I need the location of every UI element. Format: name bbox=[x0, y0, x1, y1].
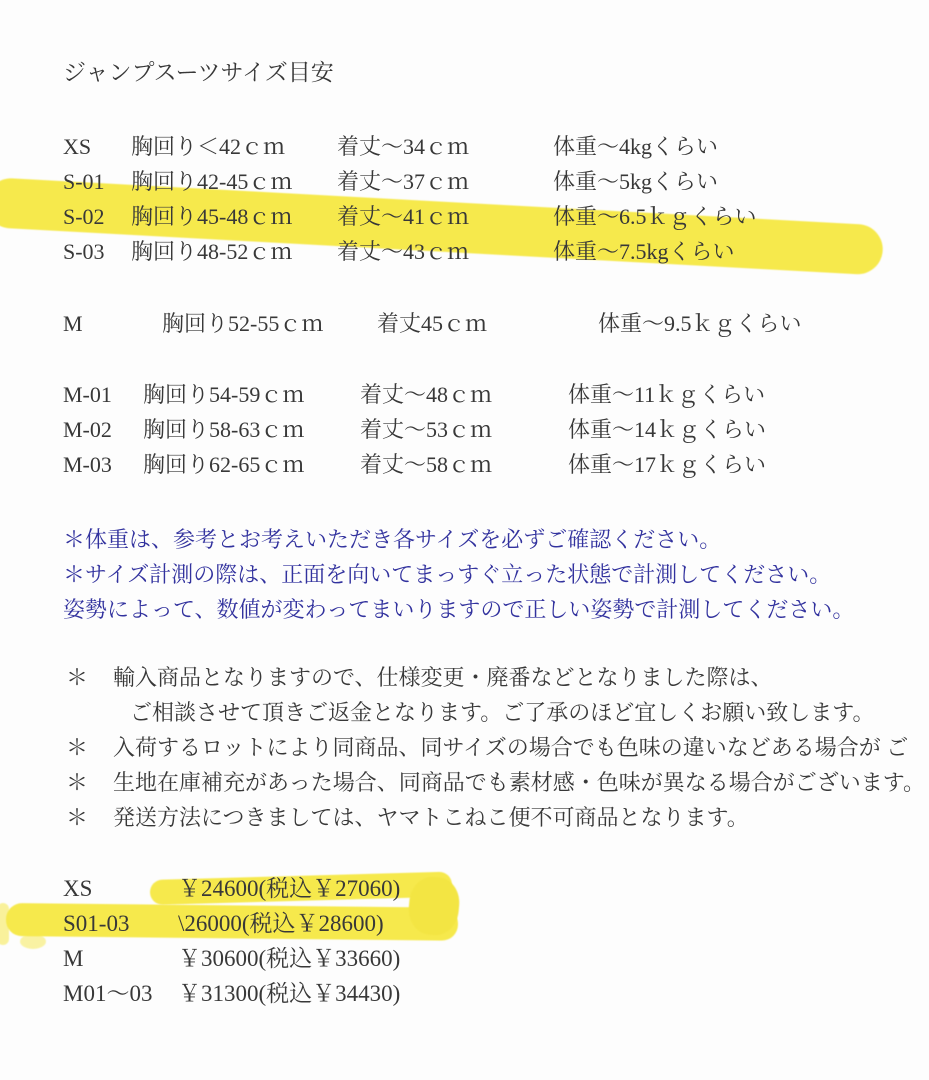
size-row-xs: XS 胸回り＜42ｃｍ 着丈～34ｃｍ 体重～4kgくらい bbox=[63, 129, 757, 164]
size-row-m02: M-02 胸回り58-63ｃｍ 着丈～53ｃｍ 体重～14ｋｇくらい bbox=[63, 412, 766, 447]
weight-value: 体重～6.5ｋｇくらい bbox=[553, 199, 757, 234]
disclaimer-line: ＊ 発送方法につきましては、ヤマトこねこ便不可商品となります。 bbox=[63, 800, 925, 835]
size-label: M-02 bbox=[63, 412, 143, 447]
price-size-label: S01-03 bbox=[63, 906, 178, 941]
weight-value: 体重～14ｋｇくらい bbox=[568, 412, 766, 447]
disclaimer-text: 生地在庫補充があった場合、同商品でも素材感・色味が異なる場合がございます。 bbox=[113, 765, 925, 800]
size-table-m: M-01 胸回り54-59ｃｍ 着丈～48ｃｍ 体重～11ｋｇくらい M-02 … bbox=[63, 377, 766, 482]
chest-value: 胸回り54-59ｃｍ bbox=[143, 377, 360, 412]
price-row-xs: XS ￥24600(税込￥27060) bbox=[63, 871, 400, 906]
length-value: 着丈～41ｃｍ bbox=[337, 199, 553, 234]
price-value: \26000(税込￥28600) bbox=[178, 906, 400, 941]
size-label: S-02 bbox=[63, 199, 131, 234]
blue-note-line: ＊サイズ計測の際は、正面を向いてまっすぐ立った状態で計測してください。 bbox=[63, 557, 854, 592]
weight-value: 体重～17ｋｇくらい bbox=[568, 447, 766, 482]
size-row-s02: S-02 胸回り45-48ｃｍ 着丈～41ｃｍ 体重～6.5ｋｇくらい bbox=[63, 199, 757, 234]
length-value: 着丈～37ｃｍ bbox=[337, 164, 553, 199]
size-label: XS bbox=[63, 129, 131, 164]
price-value: ￥30600(税込￥33660) bbox=[178, 941, 400, 976]
disclaimer-text: 輸入商品となりますので、仕様変更・廃番などとなりました際は、 bbox=[113, 660, 773, 695]
price-row-m01-03: M01～03 ￥31300(税込￥34430) bbox=[63, 976, 400, 1011]
size-row-s01: S-01 胸回り42-45ｃｍ 着丈～37ｃｍ 体重～5kgくらい bbox=[63, 164, 757, 199]
chest-value: 胸回り62-65ｃｍ bbox=[143, 447, 360, 482]
chest-value: 胸回り＜42ｃｍ bbox=[131, 129, 337, 164]
disclaimer-line: ＊ 生地在庫補充があった場合、同商品でも素材感・色味が異なる場合がございます。 bbox=[63, 765, 925, 800]
length-value: 着丈～34ｃｍ bbox=[337, 129, 553, 164]
weight-value: 体重～5kgくらい bbox=[553, 164, 757, 199]
disclaimer-text: ご相談させて頂きご返金となります。ご了承のほど宜しくお願い致します。 bbox=[63, 695, 874, 730]
disclaimer-text: 入荷するロットにより同商品、同サイズの場合でも色味の違いなどある場合が ご bbox=[113, 730, 908, 765]
size-label: S-01 bbox=[63, 164, 131, 199]
length-value: 着丈～58ｃｍ bbox=[360, 447, 568, 482]
size-label: M-01 bbox=[63, 377, 143, 412]
price-row-m: M ￥30600(税込￥33660) bbox=[63, 941, 400, 976]
blue-note-line: 姿勢によって、数値が変わってまいりますので正しい姿勢で計測してください。 bbox=[63, 592, 854, 627]
document-content: ジャンプスーツサイズ目安 XS 胸回り＜42ｃｍ 着丈～34ｃｍ 体重～4kgく… bbox=[0, 0, 929, 1080]
weight-value: 体重～11ｋｇくらい bbox=[568, 377, 766, 412]
price-size-label: XS bbox=[63, 871, 178, 906]
disclaimer-line: ＊ 入荷するロットにより同商品、同サイズの場合でも色味の違いなどある場合が ご bbox=[63, 730, 925, 765]
price-row-s01-03: S01-03 \26000(税込￥28600) bbox=[63, 906, 400, 941]
price-value: ￥31300(税込￥34430) bbox=[178, 976, 400, 1011]
disclaimer-line: ＊ 輸入商品となりますので、仕様変更・廃番などとなりました際は、 bbox=[63, 660, 925, 695]
length-value: 着丈～43ｃｍ bbox=[337, 234, 553, 269]
asterisk-marker: ＊ bbox=[63, 800, 113, 835]
length-value: 着丈45ｃｍ bbox=[377, 306, 598, 341]
asterisk-marker: ＊ bbox=[63, 660, 113, 695]
chest-value: 胸回り42-45ｃｍ bbox=[131, 164, 337, 199]
chest-value: 胸回り52-55ｃｍ bbox=[162, 306, 377, 341]
size-row-s03: S-03 胸回り48-52ｃｍ 着丈～43ｃｍ 体重～7.5kgくらい bbox=[63, 234, 757, 269]
size-table-s: XS 胸回り＜42ｃｍ 着丈～34ｃｍ 体重～4kgくらい S-01 胸回り42… bbox=[63, 129, 757, 269]
price-size-label: M bbox=[63, 941, 178, 976]
size-row-m03: M-03 胸回り62-65ｃｍ 着丈～58ｃｍ 体重～17ｋｇくらい bbox=[63, 447, 766, 482]
disclaimer-notes: ＊ 輸入商品となりますので、仕様変更・廃番などとなりました際は、 ご相談させて頂… bbox=[63, 660, 925, 835]
price-value: ￥24600(税込￥27060) bbox=[178, 871, 400, 906]
weight-value: 体重～4kgくらい bbox=[553, 129, 757, 164]
page-title: ジャンプスーツサイズ目安 bbox=[63, 55, 334, 90]
size-table-m-single: M 胸回り52-55ｃｍ 着丈45ｃｍ 体重～9.5ｋｇくらい bbox=[63, 306, 802, 341]
weight-value: 体重～9.5ｋｇくらい bbox=[598, 306, 802, 341]
disclaimer-line: ご相談させて頂きご返金となります。ご了承のほど宜しくお願い致します。 bbox=[63, 695, 925, 730]
price-list: XS ￥24600(税込￥27060) S01-03 \26000(税込￥286… bbox=[63, 871, 400, 1011]
size-row-m01: M-01 胸回り54-59ｃｍ 着丈～48ｃｍ 体重～11ｋｇくらい bbox=[63, 377, 766, 412]
asterisk-marker: ＊ bbox=[63, 730, 113, 765]
length-value: 着丈～53ｃｍ bbox=[360, 412, 568, 447]
size-row-m: M 胸回り52-55ｃｍ 着丈45ｃｍ 体重～9.5ｋｇくらい bbox=[63, 306, 802, 341]
price-size-label: M01～03 bbox=[63, 976, 178, 1011]
size-label: M-03 bbox=[63, 447, 143, 482]
chest-value: 胸回り58-63ｃｍ bbox=[143, 412, 360, 447]
chest-value: 胸回り45-48ｃｍ bbox=[131, 199, 337, 234]
weight-value: 体重～7.5kgくらい bbox=[553, 234, 757, 269]
blue-note-line: ＊体重は、参考とお考えいただき各サイズを必ずご確認ください。 bbox=[63, 522, 854, 557]
size-guide-document: ジャンプスーツサイズ目安 XS 胸回り＜42ｃｍ 着丈～34ｃｍ 体重～4kgく… bbox=[0, 0, 929, 1080]
length-value: 着丈～48ｃｍ bbox=[360, 377, 568, 412]
measurement-notes-blue: ＊体重は、参考とお考えいただき各サイズを必ずご確認ください。 ＊サイズ計測の際は… bbox=[63, 522, 854, 627]
disclaimer-text: 発送方法につきましては、ヤマトこねこ便不可商品となります。 bbox=[113, 800, 749, 835]
size-label: M bbox=[63, 306, 162, 341]
size-label: S-03 bbox=[63, 234, 131, 269]
asterisk-marker: ＊ bbox=[63, 765, 113, 800]
chest-value: 胸回り48-52ｃｍ bbox=[131, 234, 337, 269]
